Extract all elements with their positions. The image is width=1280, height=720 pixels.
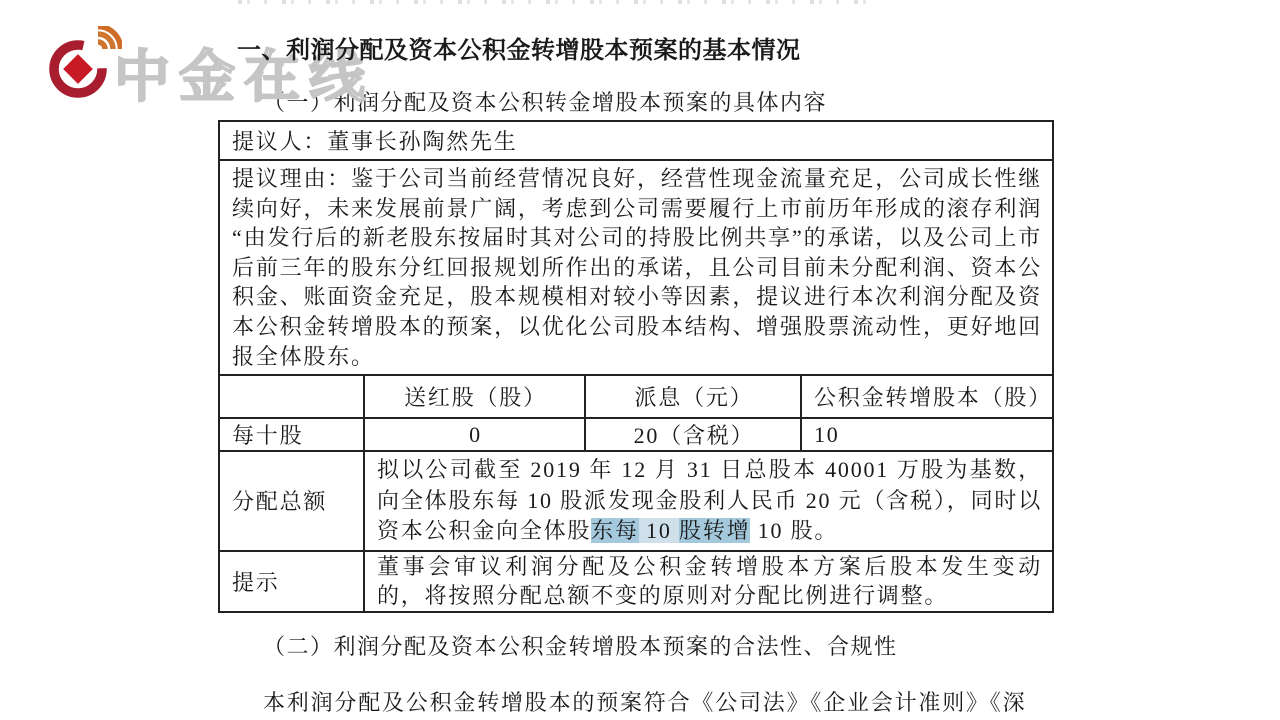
closing-paragraph: 本利润分配及公积金转增股本的预案符合《公司法》《企业会计准则》《深 (263, 686, 1026, 717)
selected-text-highlight: 东每 (591, 518, 639, 543)
per-ten-label-cell: 每十股 (219, 418, 364, 451)
cnfol-logo-icon (44, 26, 122, 102)
clipped-text-remnant (238, 0, 868, 4)
note-label-cell: 提示 (219, 551, 364, 612)
distribution-label-cell: 分配总额 (219, 451, 364, 551)
conversion-value-cell: 10 (801, 418, 1053, 451)
distribution-text-tail: 10 股。 (750, 518, 838, 543)
table-row-per-ten-shares: 每十股 0 20（含税） 10 (219, 418, 1053, 451)
table-row-distribution-total: 分配总额 拟以公司截至 2019 年 12 月 31 日总股本 40001 万股… (219, 451, 1053, 551)
table-row-reason: 提议理由：鉴于公司当前经营情况良好，经营性现金流量充足，公司成长性继续向好，未来… (219, 160, 1053, 375)
note-content-cell: 董事会审议利润分配及公积金转增股本方案后股本发生变动的，将按照分配总额不变的原则… (364, 551, 1053, 612)
header-bonus-shares-cell: 送红股（股） (364, 375, 585, 418)
reason-cell: 提议理由：鉴于公司当前经营情况良好，经营性现金流量充足，公司成长性继续向好，未来… (219, 160, 1053, 375)
table-row-header: 送红股（股） 派息（元） 公积金转增股本（股） (219, 375, 1053, 418)
proposal-table: 提议人：董事长孙陶然先生 提议理由：鉴于公司当前经营情况良好，经营性现金流量充足… (218, 120, 1054, 613)
header-dividend-cell: 派息（元） (585, 375, 801, 418)
selected-text-highlight: 股转增 (679, 518, 750, 543)
header-reserve-conversion-cell: 公积金转增股本（股） (801, 375, 1053, 418)
header-empty-cell (219, 375, 364, 418)
dividend-value-cell: 20（含税） (585, 418, 801, 451)
distribution-content-cell: 拟以公司截至 2019 年 12 月 31 日总股本 40001 万股为基数，向… (364, 451, 1053, 551)
proposer-cell: 提议人：董事长孙陶然先生 (219, 121, 1053, 160)
table-row-note: 提示 董事会审议利润分配及公积金转增股本方案后股本发生变动的，将按照分配总额不变… (219, 551, 1053, 612)
document-page: 中金在线 一、利润分配及资本公积金转增股本预案的基本情况 （一）利润分配及资本公… (0, 0, 1280, 720)
bonus-shares-value-cell: 0 (364, 418, 585, 451)
section1-heading: 一、利润分配及资本公积金转增股本预案的基本情况 (237, 30, 801, 65)
subsection2-heading: （二）利润分配及资本公积金转增股本预案的合法性、合规性 (263, 630, 898, 661)
selected-number-highlight: 10 (639, 518, 679, 543)
table-row-proposer: 提议人：董事长孙陶然先生 (219, 121, 1053, 160)
